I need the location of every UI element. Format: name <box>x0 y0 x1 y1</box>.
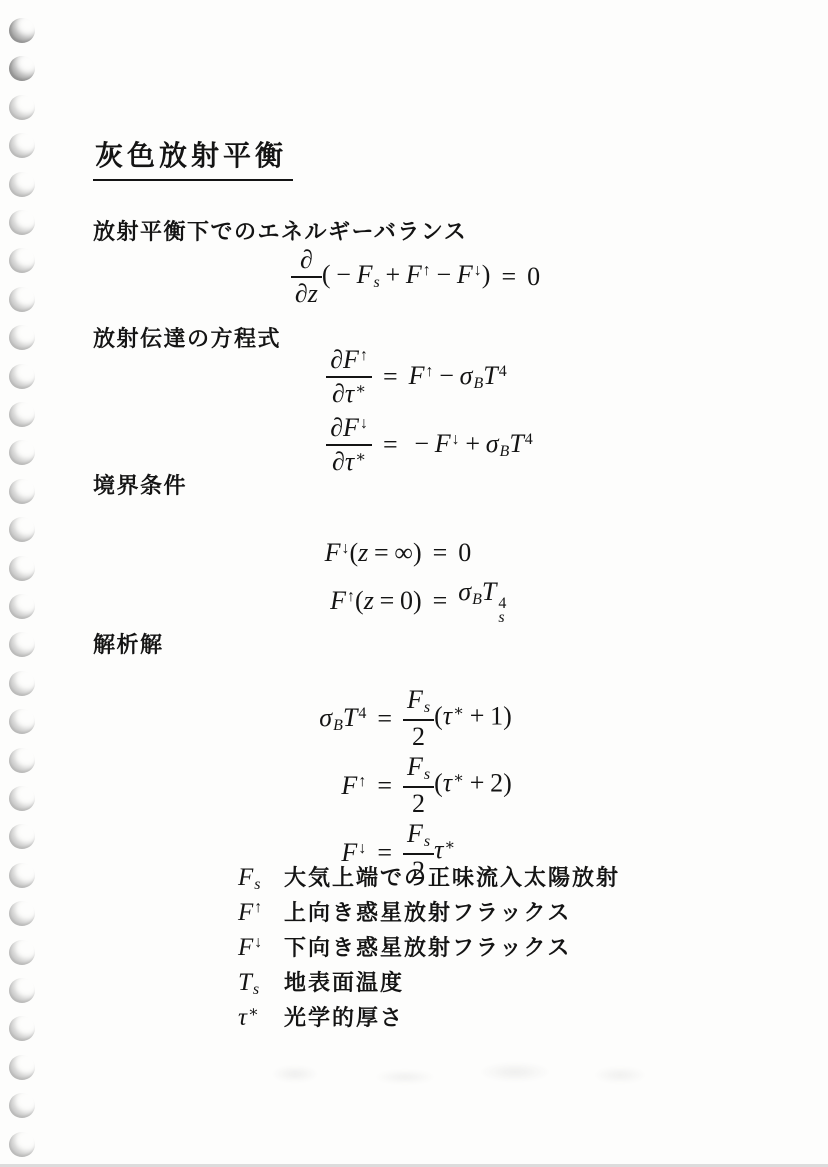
binding-hole <box>9 210 35 235</box>
equals-sign: = <box>422 586 459 616</box>
math-token: ( <box>434 701 443 730</box>
section-heading-energy-balance: 放射平衡下でのエネルギーバランス <box>93 215 467 246</box>
math-token: + <box>465 429 480 458</box>
math-token: F↓ <box>457 260 482 289</box>
math-token: ∂τ∗ <box>332 379 366 408</box>
fraction: ∂∂z <box>291 246 322 308</box>
math-token: Fs <box>407 819 430 848</box>
binding-hole <box>9 671 35 696</box>
binding-hole <box>9 556 35 581</box>
math-token: Fs <box>238 864 261 891</box>
equals-sign: = <box>366 771 403 801</box>
equals-sign: = <box>422 538 459 568</box>
definition-symbol: Fs <box>238 864 284 894</box>
binding-hole <box>9 978 35 1003</box>
binding-hole <box>9 440 35 465</box>
math-token: ) <box>503 701 512 730</box>
math-token: − <box>336 260 351 289</box>
math-token: ) <box>413 538 422 567</box>
binding-hole <box>9 479 35 504</box>
definition-row: Ts地表面温度 <box>238 966 620 992</box>
binding-hole <box>9 18 35 43</box>
math-token: ∂z <box>295 279 318 308</box>
binding-hole <box>9 748 35 773</box>
binding-hole <box>9 1016 35 1041</box>
binding-hole <box>9 133 35 158</box>
math-token: + <box>470 701 485 730</box>
math-token: F↓ <box>238 934 262 961</box>
equation-lhs: ∂∂z(−Fs+F↑−F↓) <box>291 246 491 308</box>
math-token: T4 <box>483 361 506 390</box>
equation-rhs: −F↓+σBT4 <box>409 429 533 461</box>
definition-symbol: Ts <box>238 969 284 999</box>
math-token: F↓ <box>435 429 460 458</box>
equation-rhs: Fs2(τ∗+2) <box>403 753 512 818</box>
math-token: F↑ <box>406 260 431 289</box>
math-token: ) <box>482 260 491 289</box>
math-token: z <box>358 538 368 567</box>
equation-lhs: ∂F↓∂τ∗ <box>326 414 372 476</box>
equation-energy-balance: ∂∂z(−Fs+F↑−F↓)=0 <box>93 246 738 308</box>
math-token: ∂F↓ <box>330 413 368 442</box>
section-heading-analytic-solution: 解析解 <box>93 628 164 659</box>
math-token: σB <box>486 429 510 458</box>
binding-hole <box>9 172 35 197</box>
binding-hole <box>9 56 35 81</box>
definition-row: F↑上向き惑星放射フラックス <box>238 896 620 922</box>
definition-row: F↓下向き惑星放射フラックス <box>238 931 620 957</box>
math-token: − <box>414 429 429 458</box>
fraction: Fs2 <box>403 753 434 818</box>
math-token: 2 <box>412 789 425 818</box>
equation-lhs: σBT4 <box>319 703 366 735</box>
definition-row: Fs大気上端での正味流入太陽放射 <box>238 861 620 887</box>
math-token: 1 <box>490 701 503 730</box>
math-token: − <box>436 260 451 289</box>
binding-hole <box>9 863 35 888</box>
math-token: Fs <box>407 685 430 714</box>
equals-sign: = <box>366 704 403 734</box>
definition-row: τ∗光学的厚さ <box>238 1001 620 1027</box>
binding-hole <box>9 402 35 427</box>
fraction: ∂F↑∂τ∗ <box>326 346 372 408</box>
equals-sign: = <box>372 430 409 460</box>
equation-rhs: F↑−σBT4 <box>409 361 507 393</box>
binding-hole <box>9 95 35 120</box>
equation-lhs: F↑ <box>341 771 366 801</box>
equation-rhs: Fs2(τ∗+1) <box>403 686 512 751</box>
math-token: ∞ <box>394 538 413 567</box>
equation-lhs: F↓(z=∞) <box>325 538 422 568</box>
binding-hole <box>9 786 35 811</box>
section-heading-boundary-conditions: 境界条件 <box>93 469 187 500</box>
binding-hole <box>9 940 35 965</box>
binding-hole <box>9 901 35 926</box>
math-token: = <box>374 538 389 567</box>
math-token: σB <box>460 361 484 390</box>
math-token: τ∗ <box>443 768 464 797</box>
equation-radiative-transfer: ∂F↑∂τ∗=F↑−σBT4∂F↓∂τ∗=−F↓+σBT4 <box>107 346 752 476</box>
definition-description: 上向き惑星放射フラックス <box>284 896 571 927</box>
equation-lhs: F↑(z=0) <box>330 586 421 616</box>
math-token: = <box>380 586 395 615</box>
notebook-page: 灰色放射平衡 放射平衡下でのエネルギーバランス ∂∂z(−Fs+F↑−F↓)=0… <box>0 0 828 1167</box>
binding-hole <box>9 325 35 350</box>
definition-description: 大気上端での正味流入太陽放射 <box>284 861 620 892</box>
math-token: ) <box>503 768 512 797</box>
math-token: ( <box>355 586 364 615</box>
math-token: ( <box>350 538 359 567</box>
math-token: Ts <box>238 969 259 996</box>
binding-hole <box>9 594 35 619</box>
equals-sign: = <box>490 262 527 292</box>
definition-description: 下向き惑星放射フラックス <box>284 931 571 962</box>
definition-description: 地表面温度 <box>284 966 404 997</box>
math-token: T4s <box>482 577 506 606</box>
faint-smudge <box>250 1056 680 1092</box>
definition-list: Fs大気上端での正味流入太陽放射F↑上向き惑星放射フラックスF↓下向き惑星放射フ… <box>238 861 620 1036</box>
equation-analytic-solution: σBT4=Fs2(τ∗+1)F↑=Fs2(τ∗+2)F↓=Fs2τ∗ <box>93 686 738 885</box>
math-token: σB <box>319 703 343 732</box>
binding-hole <box>9 824 35 849</box>
definition-symbol: τ∗ <box>238 1002 284 1032</box>
math-token: 0 <box>527 262 540 291</box>
binding-hole <box>9 1132 35 1157</box>
binding-hole <box>9 1093 35 1118</box>
math-token: F↑ <box>341 771 366 800</box>
math-token: + <box>470 768 485 797</box>
math-token: 2 <box>412 722 425 751</box>
binding-hole <box>9 709 35 734</box>
equation-rhs: σBT4s <box>458 577 506 625</box>
page-title: 灰色放射平衡 <box>93 134 293 181</box>
math-token: + <box>385 260 400 289</box>
equation-boundary-conditions: F↓(z=∞)=0F↑(z=0)=σBT4s <box>93 538 738 625</box>
math-token: Fs <box>407 752 430 781</box>
math-token: Fs <box>357 260 380 289</box>
math-token: ∂τ∗ <box>332 447 366 476</box>
math-token: 2 <box>490 768 503 797</box>
binding-hole <box>9 517 35 542</box>
math-token: F↓ <box>325 538 350 567</box>
definition-symbol: F↑ <box>238 899 284 927</box>
math-token: τ∗ <box>238 1004 259 1031</box>
binding-hole <box>9 248 35 273</box>
equation-lhs: ∂F↑∂τ∗ <box>326 346 372 408</box>
fraction: Fs2 <box>403 686 434 751</box>
math-token: F↑ <box>238 899 262 926</box>
binding-hole <box>9 1055 35 1080</box>
math-token: 0 <box>400 586 413 615</box>
equation-rhs: 0 <box>458 538 471 568</box>
math-token: T4 <box>343 703 366 732</box>
definition-symbol: F↓ <box>238 934 284 962</box>
binding-hole <box>9 632 35 657</box>
math-token: τ∗ <box>443 701 464 730</box>
math-token: ( <box>322 260 331 289</box>
math-token: ∂F↑ <box>330 345 368 374</box>
math-token: F↑ <box>409 361 434 390</box>
equation-rhs: 0 <box>527 262 540 292</box>
binding-hole <box>9 287 35 312</box>
math-token: 0 <box>458 538 471 567</box>
math-token: − <box>439 361 454 390</box>
math-token: z <box>364 586 374 615</box>
binding-hole <box>9 364 35 389</box>
equals-sign: = <box>372 362 409 392</box>
math-token: ∂ <box>300 245 313 274</box>
math-token: ( <box>434 768 443 797</box>
math-token: T4 <box>509 429 532 458</box>
math-token: ) <box>413 586 422 615</box>
math-token: F↑ <box>330 586 355 615</box>
fraction: ∂F↓∂τ∗ <box>326 414 372 476</box>
math-token: σB <box>458 577 482 606</box>
definition-description: 光学的厚さ <box>284 1001 404 1032</box>
